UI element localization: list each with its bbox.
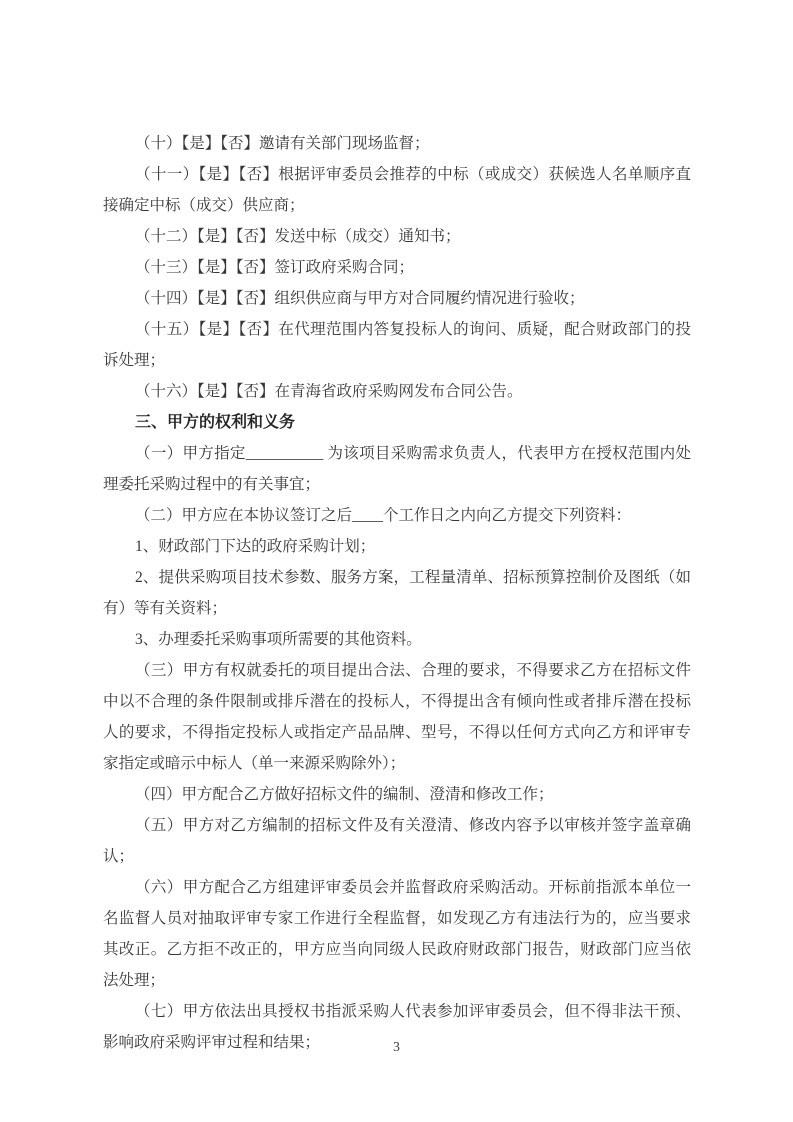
- clause-item-15: （十五）【是】【否】在代理范围内答复投标人的询问、质疑，配合财政部门的投诉处理；: [103, 314, 691, 376]
- clause-item-14: （十四）【是】【否】组织供应商与甲方对合同履约情况进行验收；: [103, 283, 691, 314]
- clause-item-10: （十）【是】【否】邀请有关部门现场监督；: [103, 128, 691, 159]
- page-number: 3: [393, 1039, 400, 1054]
- clause-item-16: （十六）【是】【否】在青海省政府采购网发布合同公告。: [103, 376, 691, 407]
- clause-party-a-1: （一）甲方指定__________ 为该项目采购需求负责人，代表甲方在授权范围内…: [103, 438, 691, 500]
- section-heading-3: 三、甲方的权利和义务: [103, 407, 691, 438]
- clause-party-a-4: （四）甲方配合乙方做好招标文件的编制、澄清和修改工作；: [103, 779, 691, 810]
- clause-party-a-5: （五）甲方对乙方编制的招标文件及有关澄清、修改内容予以审核并签字盖章确认；: [103, 810, 691, 872]
- page-footer: 3: [0, 1038, 793, 1056]
- clause-party-a-2: （二）甲方应在本协议签订之后____个工作日之内向乙方提交下列资料：: [103, 500, 691, 531]
- clause-item-12: （十二）【是】【否】发送中标（成交）通知书；: [103, 221, 691, 252]
- clause-item-11: （十一）【是】【否】根据评审委员会推荐的中标（或成交）获候选人名单顺序直接确定中…: [103, 159, 691, 221]
- clause-item-13: （十三）【是】【否】签订政府采购合同；: [103, 252, 691, 283]
- clause-material-3: 3、办理委托采购事项所需要的其他资料。: [103, 624, 691, 655]
- document-page: （十）【是】【否】邀请有关部门现场监督； （十一）【是】【否】根据评审委员会推荐…: [0, 0, 793, 1122]
- document-body: （十）【是】【否】邀请有关部门现场监督； （十一）【是】【否】根据评审委员会推荐…: [103, 128, 691, 1058]
- clause-material-2: 2、提供采购项目技术参数、服务方案，工程量清单、招标预算控制价及图纸（如有）等有…: [103, 562, 691, 624]
- clause-party-a-3: （三）甲方有权就委托的项目提出合法、合理的要求，不得要求乙方在招标文件中以不合理…: [103, 655, 691, 779]
- clause-material-1: 1、财政部门下达的政府采购计划；: [103, 531, 691, 562]
- clause-party-a-6: （六）甲方配合乙方组建评审委员会并监督政府采购活动。开标前指派本单位一名监督人员…: [103, 872, 691, 996]
